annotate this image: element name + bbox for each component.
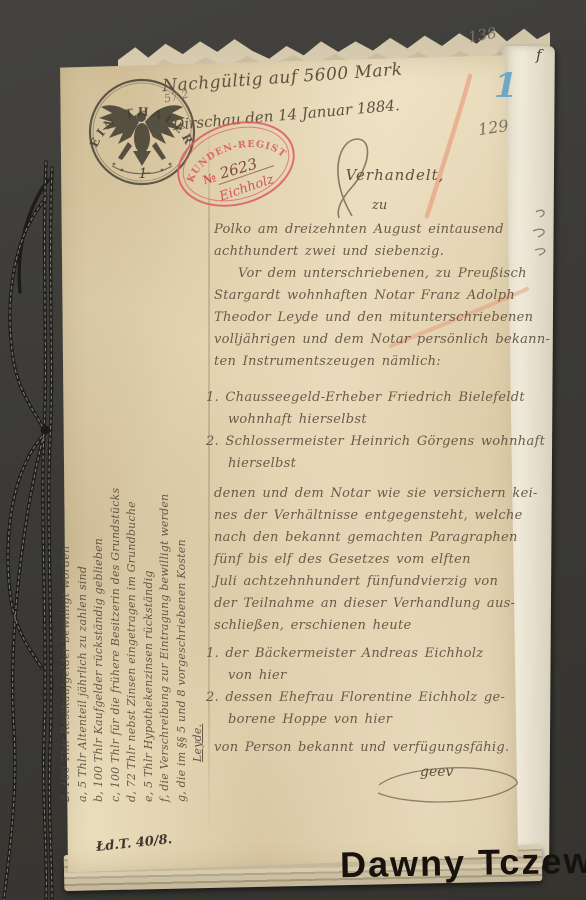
body-line: von Person bekannt und verfügungsfähig. xyxy=(214,740,509,755)
digitization-watermark: Dawny Tczew xyxy=(340,840,586,886)
body-line: hierselbst xyxy=(228,456,296,471)
body-line: denen und dem Notar wie sie versichern k… xyxy=(214,486,538,501)
margin-note-line: b, 100 Thlr Kaufgelder rückständig gebli… xyxy=(91,186,108,802)
body-line: 1. der Bäckermeister Andreas Eichholz xyxy=(206,646,484,661)
body-line: borene Hoppe von hier xyxy=(228,712,392,727)
body-line: Juli achtzehnhundert fünfundvierzig von xyxy=(214,574,498,589)
body-line: nes der Verhältnisse entgegensteht, welc… xyxy=(214,508,523,523)
heading-zu: zu xyxy=(372,198,387,213)
heading-verhandelt: Verhandelt, xyxy=(330,166,460,184)
margin-note-line: c, 100 Thlr für die frühere Besitzerin d… xyxy=(108,186,125,802)
margin-note-line: e, 5 Thlr Hypothekenzinsen rückständig xyxy=(141,186,158,802)
body-line: nach den bekannt gemachten Paragraphen xyxy=(214,530,518,545)
body-line: 2. Schlossermeister Heinrich Görgens woh… xyxy=(206,434,545,449)
body-line: 1. Chausseegeld-Erheber Friedrich Bielef… xyxy=(206,390,525,405)
margin-signature: Leyde. xyxy=(190,186,207,762)
closing-paraph-text: geev xyxy=(420,764,453,780)
cord-knot xyxy=(41,426,50,435)
body-line: volljährigen und dem Notar persönlich be… xyxy=(214,332,550,347)
margin-note-line: g, die im §§ 5 und 8 vorgeschriebenen Ko… xyxy=(174,186,191,802)
margin-note-line: d, 72 Thlr nebst Zinsen eingetragen im G… xyxy=(124,186,141,802)
body-line: 2. dessen Ehefrau Florentine Eichholz ge… xyxy=(206,690,505,705)
body-line: Stargardt wohnhaften Notar Franz Adolph xyxy=(214,288,515,303)
body-line: fünf bis elf des Gesetzes vom elften xyxy=(214,552,471,567)
body-line: von hier xyxy=(228,668,287,683)
body-line: Polko am dreizehnten August eintausend xyxy=(214,222,504,237)
body-line: Vor dem unterschriebenen, zu Preußisch xyxy=(238,266,527,281)
body-line: Theodor Leyde und den mitunterschriebene… xyxy=(214,310,533,325)
red-crayon-stroke xyxy=(427,76,470,216)
body-line: schließen, erschienen heute xyxy=(214,618,411,633)
edge-ink-scribbles xyxy=(533,210,545,255)
body-line: der Teilnahme an dieser Verhandlung aus- xyxy=(214,596,515,611)
binding-cords xyxy=(0,0,90,900)
body-line: wohnhaft hierselbst xyxy=(228,412,367,427)
scanned-document-photo: 138 f EIN THALER 1 57 2 Nachgü xyxy=(0,0,586,900)
body-line: ten Instrumentszeugen nämlich: xyxy=(214,354,441,369)
body-line: achthundert zwei und siebenzig. xyxy=(214,244,444,259)
margin-note-line: f, die Verschreibung zur Eintragung bewi… xyxy=(157,186,174,802)
